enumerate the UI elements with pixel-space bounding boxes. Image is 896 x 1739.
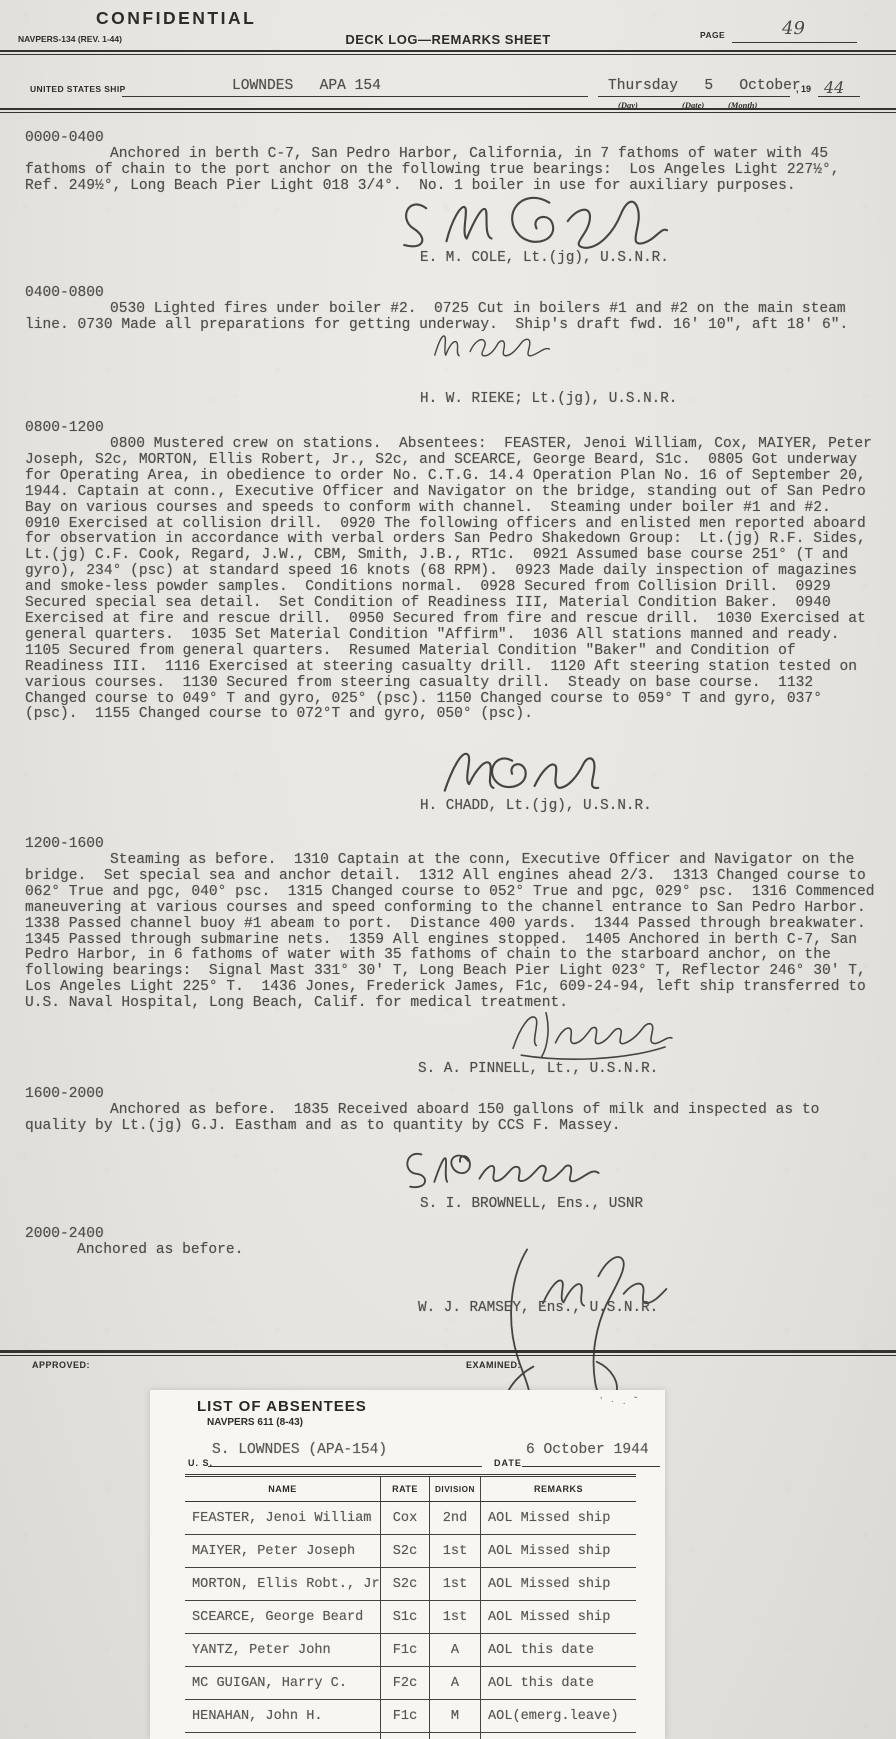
absentee-ship-value: S. LOWNDES (APA-154) — [212, 1442, 387, 1458]
cell-rate: S1c — [380, 1601, 429, 1633]
cell-rate: F2c — [380, 1667, 429, 1699]
cell-division: 1st — [429, 1601, 480, 1633]
ship-name-line — [122, 96, 588, 97]
watch-period-0000-0400: 0000-0400 — [25, 130, 104, 146]
cell-name: MAIYER, Peter Joseph — [185, 1535, 380, 1567]
watch-period-1200-1600: 1200-1600 — [25, 836, 104, 852]
cell-remarks: AOL Missed ship — [480, 1535, 636, 1567]
table-row-partial — [185, 1733, 636, 1739]
col-header-remarks: REMARKS — [480, 1477, 636, 1501]
header-rule-2b — [0, 112, 896, 113]
absentee-date-value: 6 October 1944 — [526, 1442, 649, 1458]
cell-name: MORTON, Ellis Robt., Jr — [185, 1568, 380, 1600]
cell-rate: Cox — [380, 1502, 429, 1534]
log-entry-1200-1600: Steaming as before. 1310 Captain at the … — [25, 853, 883, 1012]
absentee-table: NAME RATE DIVISION REMARKS FEASTER, Jeno… — [185, 1474, 636, 1739]
absentee-ship-line — [208, 1466, 482, 1467]
signature-name-ramsey: W. J. RAMSEY, Ens., U.S.N.R. — [418, 1300, 658, 1316]
cell-division: A — [429, 1634, 480, 1666]
cell-rate: S2c — [380, 1535, 429, 1567]
scan-artifact-marks: ’ · . ˘ — [600, 1396, 641, 1407]
cell-name: MC GUIGAN, Harry C. — [185, 1667, 380, 1699]
cell-division: M — [429, 1700, 480, 1732]
col-header-name: NAME — [185, 1477, 380, 1501]
ship-name-value: LOWNDES APA 154 — [232, 78, 381, 94]
cell-division: A — [429, 1667, 480, 1699]
log-entry-0400-0800: 0530 Lighted fires under boiler #2. 0725… — [25, 302, 883, 334]
cell-division: 1st — [429, 1535, 480, 1567]
log-entry-1600-2000: Anchored as before. 1835 Received aboard… — [25, 1103, 883, 1135]
absentee-form-number: NAVPERS 611 (8-43) — [207, 1417, 303, 1428]
classification-stamp: CONFIDENTIAL — [96, 8, 256, 29]
cell-name: HENAHAN, John H. — [185, 1700, 380, 1732]
table-row: MAIYER, Peter Joseph S2c 1st AOL Missed … — [185, 1535, 636, 1568]
ship-label: UNITED STATES SHIP — [30, 84, 126, 94]
signature-name-brownell: S. I. BROWNELL, Ens., USNR — [420, 1196, 643, 1212]
cell-name: YANTZ, Peter John — [185, 1634, 380, 1666]
watch-period-0800-1200: 0800-1200 — [25, 420, 104, 436]
signature-pinnell — [498, 1006, 676, 1066]
date-value: Thursday 5 October — [608, 78, 801, 94]
cell-remarks: AOL Missed ship — [480, 1568, 636, 1600]
log-entry-2000-2400: Anchored as before. — [25, 1243, 883, 1259]
header-rule-1b — [0, 54, 896, 55]
approved-label: APPROVED: — [32, 1360, 90, 1370]
cell-remarks: AOL this date — [480, 1667, 636, 1699]
table-row: FEASTER, Jenoi William Cox 2nd AOL Misse… — [185, 1502, 636, 1535]
cell-name: FEASTER, Jenoi William — [185, 1502, 380, 1534]
signature-chadd — [415, 742, 613, 800]
date-line — [598, 96, 790, 97]
footer-rule-b — [0, 1355, 896, 1356]
watch-period-1600-2000: 1600-2000 — [25, 1086, 104, 1102]
cell-division: 1st — [429, 1568, 480, 1600]
absentee-date-label: DATE — [494, 1458, 522, 1468]
absentee-date-line — [522, 1466, 660, 1467]
signature-name-rieke: H. W. RIEKE; Lt.(jg), U.S.N.R. — [420, 391, 677, 407]
sheet-title: DECK LOG—REMARKS SHEET — [0, 32, 896, 47]
col-header-division: DIVISION — [429, 1477, 480, 1501]
signature-brownell — [394, 1140, 610, 1198]
log-entry-0000-0400: Anchored in berth C-7, San Pedro Harbor,… — [25, 147, 883, 195]
examined-label: EXAMINED: — [466, 1360, 521, 1370]
cell-remarks: AOL Missed ship — [480, 1502, 636, 1534]
year-prefix: , 19 — [796, 84, 811, 94]
cell-stub — [380, 1733, 429, 1739]
watch-period-2000-2400: 2000-2400 — [25, 1226, 104, 1242]
table-row: MORTON, Ellis Robt., Jr S2c 1st AOL Miss… — [185, 1568, 636, 1601]
header-rule-1a — [0, 50, 896, 52]
footer-rule-a — [0, 1350, 896, 1353]
signature-name-cole: E. M. COLE, Lt.(jg), U.S.N.R. — [420, 250, 669, 266]
signature-cole — [392, 188, 670, 256]
table-row: MC GUIGAN, Harry C. F2c A AOL this date — [185, 1667, 636, 1700]
cell-remarks: AOL Missed ship — [480, 1601, 636, 1633]
absentee-table-header: NAME RATE DIVISION REMARKS — [185, 1477, 636, 1502]
absentee-card: LIST OF ABSENTEES NAVPERS 611 (8-43) ’ ·… — [150, 1390, 665, 1739]
deck-log-page: CONFIDENTIAL PAGE 49 NAVPERS-134 (REV. 1… — [0, 0, 896, 1739]
cell-remarks: AOL(emerg.leave) — [480, 1700, 636, 1732]
signature-name-chadd: H. CHADD, Lt.(jg), U.S.N.R. — [420, 798, 652, 814]
cell-stub — [185, 1733, 380, 1739]
cell-remarks: AOL this date — [480, 1634, 636, 1666]
col-header-rate: RATE — [380, 1477, 429, 1501]
signature-name-pinnell: S. A. PINNELL, Lt., U.S.N.R. — [418, 1061, 658, 1077]
absentee-title: LIST OF ABSENTEES — [197, 1398, 367, 1415]
table-row: HENAHAN, John H. F1c M AOL(emerg.leave) — [185, 1700, 636, 1733]
cell-rate: F1c — [380, 1700, 429, 1732]
cell-stub — [429, 1733, 480, 1739]
watch-period-0400-0800: 0400-0800 — [25, 285, 104, 301]
year-value: 44 — [824, 78, 844, 97]
cell-name: SCEARCE, George Beard — [185, 1601, 380, 1633]
cell-rate: S2c — [380, 1568, 429, 1600]
header-rule-2a — [0, 108, 896, 110]
table-row: YANTZ, Peter John F1c A AOL this date — [185, 1634, 636, 1667]
cell-stub — [480, 1733, 636, 1739]
log-entry-0800-1200: 0800 Mustered crew on stations. Absentee… — [25, 437, 883, 723]
cell-rate: F1c — [380, 1634, 429, 1666]
table-row: SCEARCE, George Beard S1c 1st AOL Missed… — [185, 1601, 636, 1634]
cell-division: 2nd — [429, 1502, 480, 1534]
